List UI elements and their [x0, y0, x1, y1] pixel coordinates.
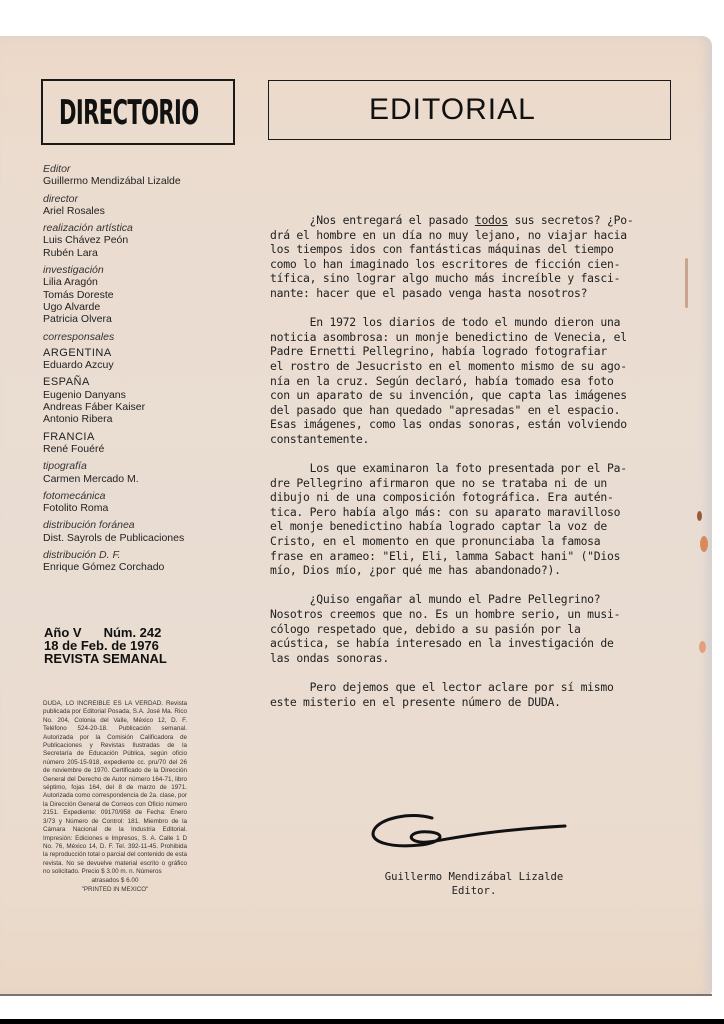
editorial-header-box: EDITORIAL: [268, 80, 671, 140]
editorial-paragraph: Pero dejemos que el lector aclare por sí…: [270, 680, 670, 709]
directory-name: Lilia Aragón: [43, 276, 243, 288]
directory-title: DIRECTORIO: [59, 93, 199, 133]
staff-directory: EditorGuillermo Mendizábal Lizaldedirect…: [43, 163, 243, 579]
directory-group: tipografíaCarmen Mercado M.: [43, 460, 243, 485]
directory-name: Antonio Ribera: [43, 413, 243, 425]
directory-name: Luis Chávez Peón: [43, 234, 243, 246]
editorial-paragraph: Los que examinaron la foto presentada po…: [270, 461, 670, 578]
scan-bottom-border: [0, 1019, 724, 1024]
editorial-paragraph: ¿Quiso engañar al mundo el Padre Pellegr…: [270, 592, 670, 665]
directory-group: realización artísticaLuis Chávez PeónRub…: [43, 222, 243, 259]
directory-name: Patricia Olvera: [43, 313, 243, 325]
directory-group: ESPAÑAEugenio DanyansAndreas Fáber Kaise…: [43, 376, 243, 425]
directory-group: fotomecánicaFotolito Roma: [43, 490, 243, 515]
signature-block: Guillermo Mendizábal Lizalde Editor.: [369, 870, 579, 898]
editorial-title: EDITORIAL: [369, 93, 536, 127]
legal-text: DUDA, LO INCREIBLE ES LA VERDAD. Revista…: [43, 700, 187, 875]
directory-group: directorAriel Rosales: [43, 193, 243, 218]
directory-country: ESPAÑA: [43, 376, 243, 388]
issue-frequency: REVISTA SEMANAL: [44, 652, 167, 665]
directory-name: Eduardo Azcuy: [43, 359, 243, 371]
paper-stain: [700, 536, 708, 552]
directory-role: corresponsales: [43, 331, 243, 343]
printed-in-mexico: "PRINTED IN MEXICO": [43, 886, 187, 894]
directory-name: Tomás Doreste: [43, 289, 243, 301]
directory-name: Eugenio Danyans: [43, 389, 243, 401]
directory-group: FRANCIARené Fouéré: [43, 431, 243, 456]
directory-group: distribución D. F.Enrique Gómez Corchado: [43, 549, 243, 574]
directory-name: Ugo Alvarde: [43, 301, 243, 313]
directory-name: Enrique Gómez Corchado: [43, 561, 243, 573]
emphasis-underline: todos: [475, 213, 508, 227]
back-issues-price: atrasados $ 6.00: [43, 877, 187, 885]
directory-role: investigación: [43, 264, 243, 276]
directory-name: René Fouéré: [43, 443, 243, 455]
directory-name: Andreas Fáber Kaiser: [43, 401, 243, 413]
directory-role: fotomecánica: [43, 490, 243, 502]
directory-country: FRANCIA: [43, 431, 243, 443]
directory-role: distribución foránea: [43, 519, 243, 531]
directory-name: Fotolito Roma: [43, 502, 243, 514]
directory-group: EditorGuillermo Mendizábal Lizalde: [43, 163, 243, 188]
editorial-paragraph: ¿Nos entregará el pasado todos sus secre…: [270, 213, 670, 301]
directory-header-box: DIRECTORIO: [41, 79, 235, 145]
directory-role: distribución D. F.: [43, 549, 243, 561]
legal-notice: DUDA, LO INCREIBLE ES LA VERDAD. Revista…: [43, 700, 187, 894]
directory-name: Guillermo Mendizábal Lizalde: [43, 175, 243, 187]
directory-name: Rubén Lara: [43, 247, 243, 259]
directory-name: Carmen Mercado M.: [43, 473, 243, 485]
editorial-body: ¿Nos entregará el pasado todos sus secre…: [270, 213, 670, 724]
signature-role: Editor.: [369, 884, 579, 898]
directory-name: Dist. Sayrols de Publicaciones: [43, 532, 243, 544]
paper-stain: [697, 511, 702, 521]
paper-stain: [685, 258, 688, 308]
directory-role: realización artística: [43, 222, 243, 234]
signature-icon: [370, 812, 570, 862]
directory-group: corresponsales: [43, 331, 243, 343]
directory-group: ARGENTINAEduardo Azcuy: [43, 347, 243, 372]
directory-group: distribución foráneaDist. Sayrols de Pub…: [43, 519, 243, 544]
directory-group: investigaciónLilia AragónTomás DoresteUg…: [43, 264, 243, 325]
paper-stain: [699, 641, 706, 653]
directory-role: director: [43, 193, 243, 205]
directory-country: ARGENTINA: [43, 347, 243, 359]
signature-name: Guillermo Mendizábal Lizalde: [369, 870, 579, 884]
directory-role: tipografía: [43, 460, 243, 472]
directory-role: Editor: [43, 163, 243, 175]
directory-name: Ariel Rosales: [43, 205, 243, 217]
issue-info: Año VNúm. 242 18 de Feb. de 1976 REVISTA…: [44, 626, 167, 665]
editorial-paragraph: En 1972 los diarios de todo el mundo die…: [270, 315, 670, 446]
